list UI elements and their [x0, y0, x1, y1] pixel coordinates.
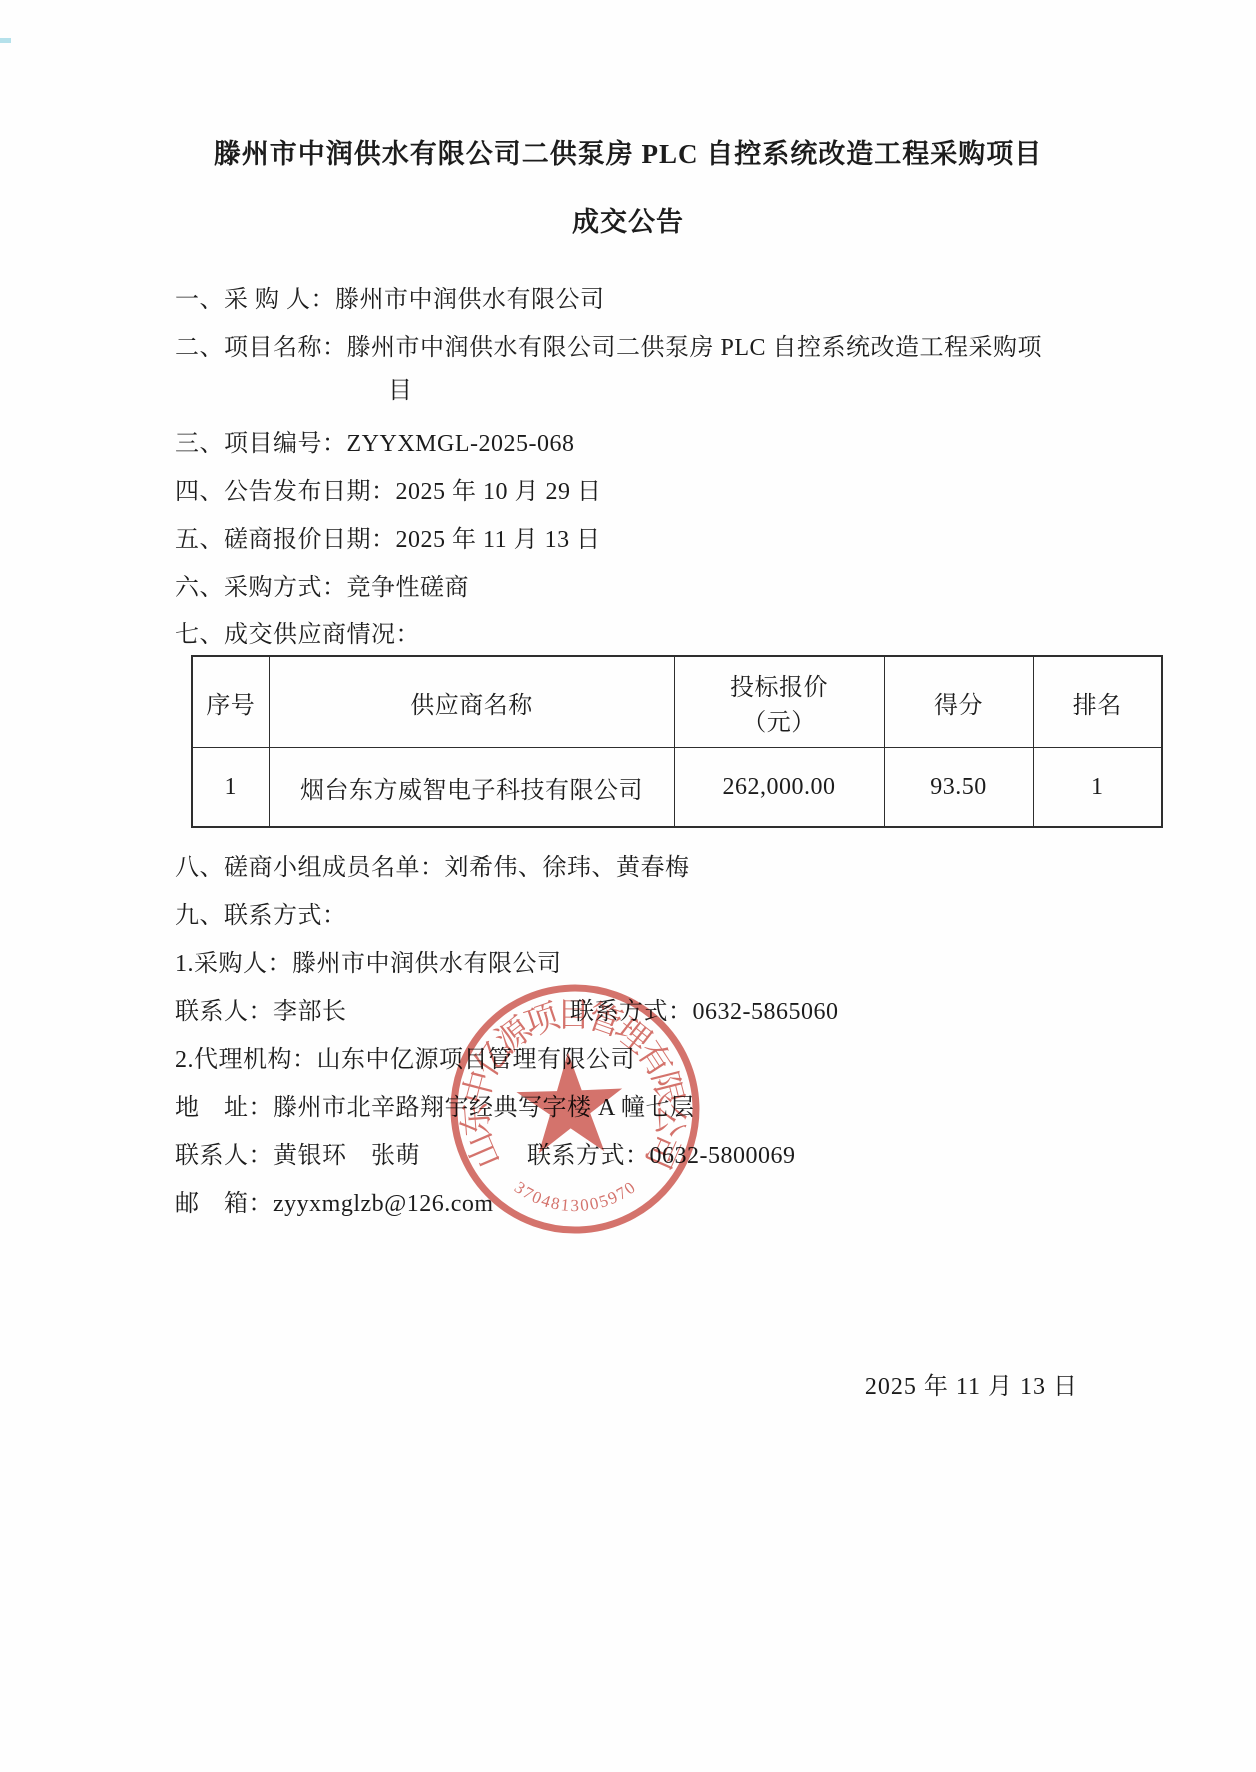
table-row: 1 烟台东方威智电子科技有限公司 262,000.00 93.50 1 [192, 748, 1162, 828]
buyer-contact-name: 联系人：李部长 [175, 998, 347, 1027]
col-header-supplier: 供应商名称 [269, 656, 674, 748]
col-header-seq: 序号 [192, 656, 269, 748]
cell-supplier: 烟台东方威智电子科技有限公司 [269, 748, 674, 828]
agency-contact-name: 联系人：黄银环 张萌 [175, 1142, 420, 1171]
agency-address: 地 址：滕州市北辛路翔宇经典写字楼 A 幢七层 [175, 1094, 695, 1123]
document-title-line1: 滕州市中润供水有限公司二供泵房 PLC 自控系统改造工程采购项目 [0, 132, 1256, 171]
item-supplier-header: 七、成交供应商情况： [175, 621, 420, 650]
agency-contact-phone: 联系方式：0632-5800069 [527, 1142, 796, 1171]
item-announce-date: 四、公告发布日期：2025 年 10 月 29 日 [175, 478, 602, 507]
item-panel-members: 八、磋商小组成员名单：刘希伟、徐玮、黄春梅 [175, 854, 690, 883]
cell-score: 93.50 [884, 748, 1033, 828]
col-header-score: 得分 [884, 656, 1033, 748]
cell-bid-price: 262,000.00 [674, 748, 884, 828]
item-procure-method: 六、采购方式：竞争性磋商 [175, 574, 469, 603]
col-header-bid-price: 投标报价 （元） [674, 656, 884, 748]
item-project-name: 二、项目名称：滕州市中润供水有限公司二供泵房 PLC 自控系统改造工程采购项 [175, 334, 1042, 363]
col-header-bid-price-line1: 投标报价 [675, 667, 884, 702]
col-header-bid-price-line2: （元） [675, 702, 884, 737]
item-project-number: 三、项目编号：ZYYXMGL-2025-068 [175, 430, 574, 459]
col-header-rank: 排名 [1033, 656, 1162, 748]
item-project-name-wrap: 目 [388, 377, 413, 406]
item-purchaser: 一、采 购 人：滕州市中润供水有限公司 [175, 286, 605, 315]
cell-seq: 1 [192, 748, 269, 828]
agency-line: 2.代理机构：山东中亿源项目管理有限公司 [175, 1046, 635, 1075]
supplier-result-table: 序号 供应商名称 投标报价 （元） 得分 排名 1 烟台东方威智电子科技有限公司… [191, 655, 1163, 828]
buyer-line: 1.采购人：滕州市中润供水有限公司 [175, 950, 562, 979]
signature-date: 2025 年 11 月 13 日 [0, 1366, 1256, 1401]
document-page: 滕州市中润供水有限公司二供泵房 PLC 自控系统改造工程采购项目 成交公告 一、… [0, 0, 1256, 1772]
item-quote-date: 五、磋商报价日期：2025 年 11 月 13 日 [175, 526, 601, 555]
document-title-line2: 成交公告 [0, 200, 1256, 239]
buyer-contact-phone: 联系方式：0632-5865060 [570, 998, 839, 1027]
agency-email: 邮 箱：zyyxmglzb@126.com [175, 1190, 494, 1219]
table-header-row: 序号 供应商名称 投标报价 （元） 得分 排名 [192, 656, 1162, 748]
seal-serial-number: 3704813005970 [510, 1173, 641, 1217]
item-contact-header: 九、联系方式： [175, 902, 347, 931]
scan-artifact [0, 38, 11, 43]
cell-rank: 1 [1033, 748, 1162, 828]
